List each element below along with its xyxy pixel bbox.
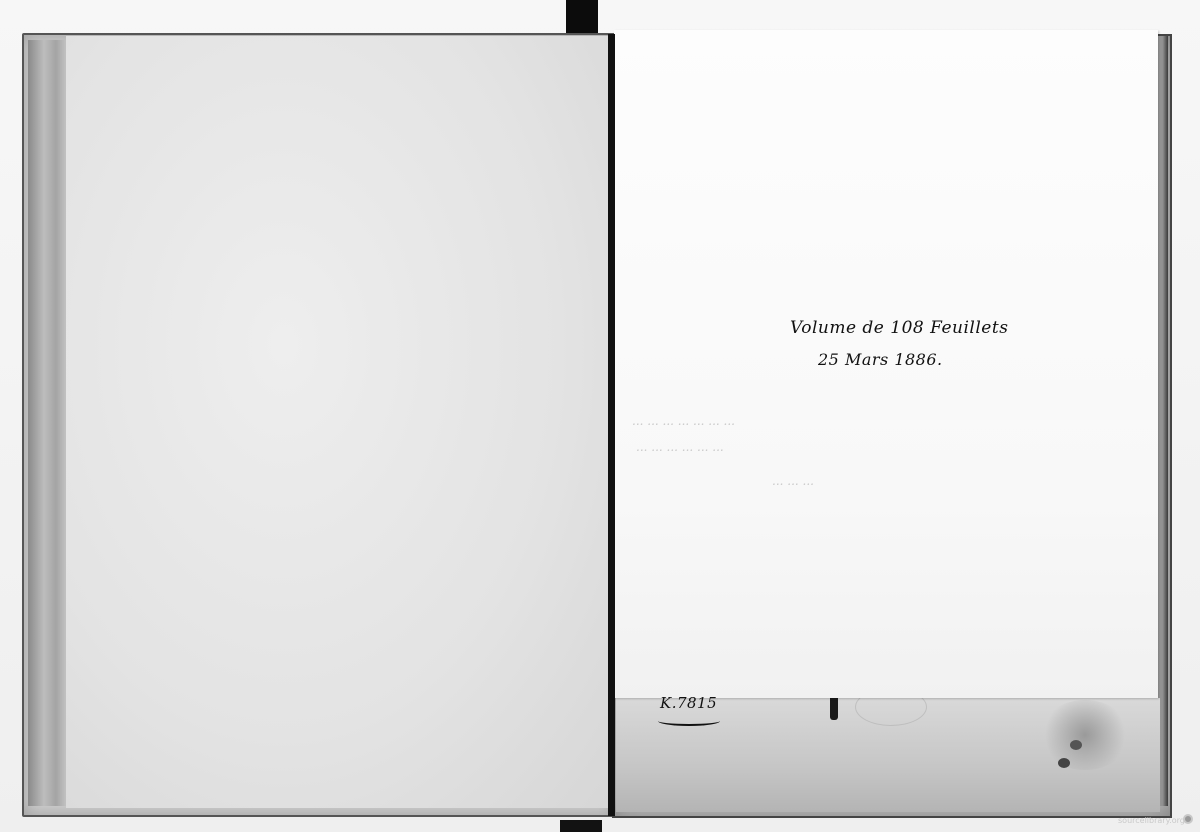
date-annotation: 25 Mars 1886. — [818, 350, 943, 369]
left-spine-strip — [28, 40, 68, 806]
left-flyleaf-page — [66, 36, 610, 808]
stain-spot — [1070, 740, 1082, 750]
stain-spot — [1058, 758, 1070, 768]
show-through-text: ... ... ... ... ... ... — [636, 440, 724, 454]
watermark: sourcelibrary.org — [1118, 816, 1185, 825]
show-through-text: ... ... ... — [772, 474, 814, 488]
shelfmark: K.7815 — [660, 694, 717, 712]
show-through-text: ... ... ... ... ... ... ... — [632, 414, 735, 428]
volume-annotation: Volume de 108 Feuillets — [790, 318, 1008, 338]
stain — [1040, 700, 1130, 770]
bookmark-tab — [830, 698, 838, 720]
watermark-logo-icon — [1183, 814, 1193, 824]
binding-clip-top — [566, 0, 598, 34]
binding-clip-bottom — [560, 820, 602, 832]
shelfmark-flourish — [658, 716, 720, 726]
gutter-shadow — [608, 34, 615, 816]
